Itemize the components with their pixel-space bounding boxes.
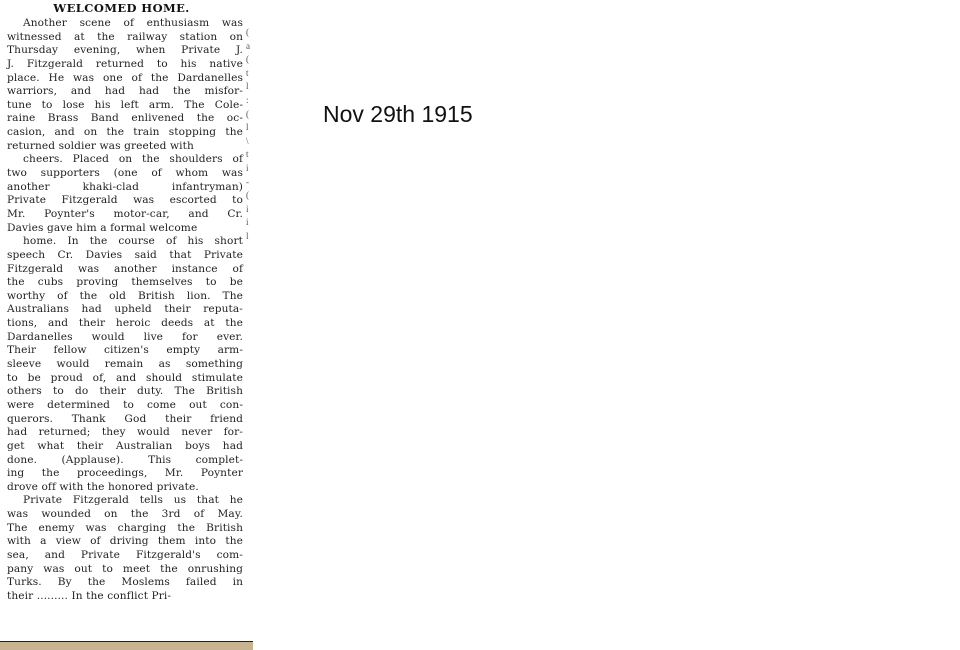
clipping-bottom-edge: [0, 641, 253, 650]
article-line: casion, and on the train stopping the: [7, 126, 243, 140]
article-line: Their fellow citizen's empty arm-: [7, 344, 243, 358]
gutter-mark: l: [246, 230, 253, 244]
article-line: returned soldier was greeted with: [7, 140, 243, 154]
gutter-mark: t: [246, 148, 253, 162]
article-line: were determined to come out con-: [7, 399, 243, 413]
gutter-mark: \: [246, 135, 253, 149]
article-line: drove off with the honored private.: [7, 481, 243, 495]
article-line: to be proud of, and should stimulate: [7, 372, 243, 386]
article-line: others to do their duty. The British: [7, 385, 243, 399]
gutter-mark: i: [246, 203, 253, 217]
gutter-mark: i: [246, 216, 253, 230]
article-line: had returned; they would never for-: [7, 426, 243, 440]
article-line: with a view of driving them into the: [7, 535, 243, 549]
article-line: pany was out to meet the onrushing: [7, 563, 243, 577]
article-line: home. In the course of his short: [7, 235, 243, 249]
article-line: Davies gave him a formal welcome: [7, 222, 243, 236]
article-line: their ......... In the conflict Pri-: [7, 590, 243, 604]
gutter-mark: (: [246, 53, 253, 67]
gutter-mark: -: [246, 176, 253, 190]
article-line: was wounded on the 3rd of May.: [7, 508, 243, 522]
article-line: Another scene of enthusiasm was: [7, 17, 243, 31]
gutter-mark: :: [246, 94, 253, 108]
article-line: warriors, and had had the misfor-: [7, 85, 243, 99]
adjacent-column-fragments: (a(tl:(l\ti-(iil: [246, 26, 253, 244]
article-line: another khaki-clad infantryman): [7, 181, 243, 195]
article-body: Another scene of enthusiasm waswitnessed…: [7, 17, 243, 604]
article-line: tions, and their heroic deeds at the: [7, 317, 243, 331]
gutter-mark: l: [246, 121, 253, 135]
article-line: Dardanelles would live for ever.: [7, 331, 243, 345]
date-annotation: Nov 29th 1915: [323, 101, 473, 128]
article-line: cheers. Placed on the shoulders of: [7, 153, 243, 167]
gutter-mark: (: [246, 26, 253, 40]
gutter-mark: t: [246, 67, 253, 81]
article-line: ing the proceedings, Mr. Poynter: [7, 467, 243, 481]
article-line: J. Fitzgerald returned to his native: [7, 58, 243, 72]
article-line: the cubs proving themselves to be: [7, 276, 243, 290]
article-line: place. He was one of the Dardanelles: [7, 72, 243, 86]
gutter-mark: (: [246, 108, 253, 122]
gutter-mark: l: [246, 80, 253, 94]
article-headline: WELCOMED HOME.: [0, 1, 243, 15]
article-line: Australians had upheld their reputa-: [7, 303, 243, 317]
article-line: Mr. Poynter's motor-car, and Cr.: [7, 208, 243, 222]
newspaper-clipping: WELCOMED HOME. Another scene of enthusia…: [0, 0, 253, 650]
article-line: raine Brass Band enlivened the oc-: [7, 112, 243, 126]
gutter-mark: a: [246, 40, 253, 54]
article-line: witnessed at the railway station on: [7, 31, 243, 45]
article-line: speech Cr. Davies said that Private: [7, 249, 243, 263]
article-line: two supporters (one of whom was: [7, 167, 243, 181]
article-line: querors. Thank God their friend: [7, 413, 243, 427]
article-line: done. (Applause). This complet-: [7, 454, 243, 468]
article-line: worthy of the old British lion. The: [7, 290, 243, 304]
article-line: sea, and Private Fitzgerald's com-: [7, 549, 243, 563]
article-line: tune to lose his left arm. The Cole-: [7, 99, 243, 113]
article-line: sleeve would remain as something: [7, 358, 243, 372]
article-line: Private Fitzgerald tells us that he: [7, 494, 243, 508]
gutter-mark: i: [246, 162, 253, 176]
article-line: Turks. By the Moslems failed in: [7, 576, 243, 590]
article-line: get what their Australian boys had: [7, 440, 243, 454]
gutter-mark: (: [246, 189, 253, 203]
article-line: Fitzgerald was another instance of: [7, 263, 243, 277]
article-line: The enemy was charging the British: [7, 522, 243, 536]
article-line: Private Fitzgerald was escorted to: [7, 194, 243, 208]
article-line: Thursday evening, when Private J.: [7, 44, 243, 58]
